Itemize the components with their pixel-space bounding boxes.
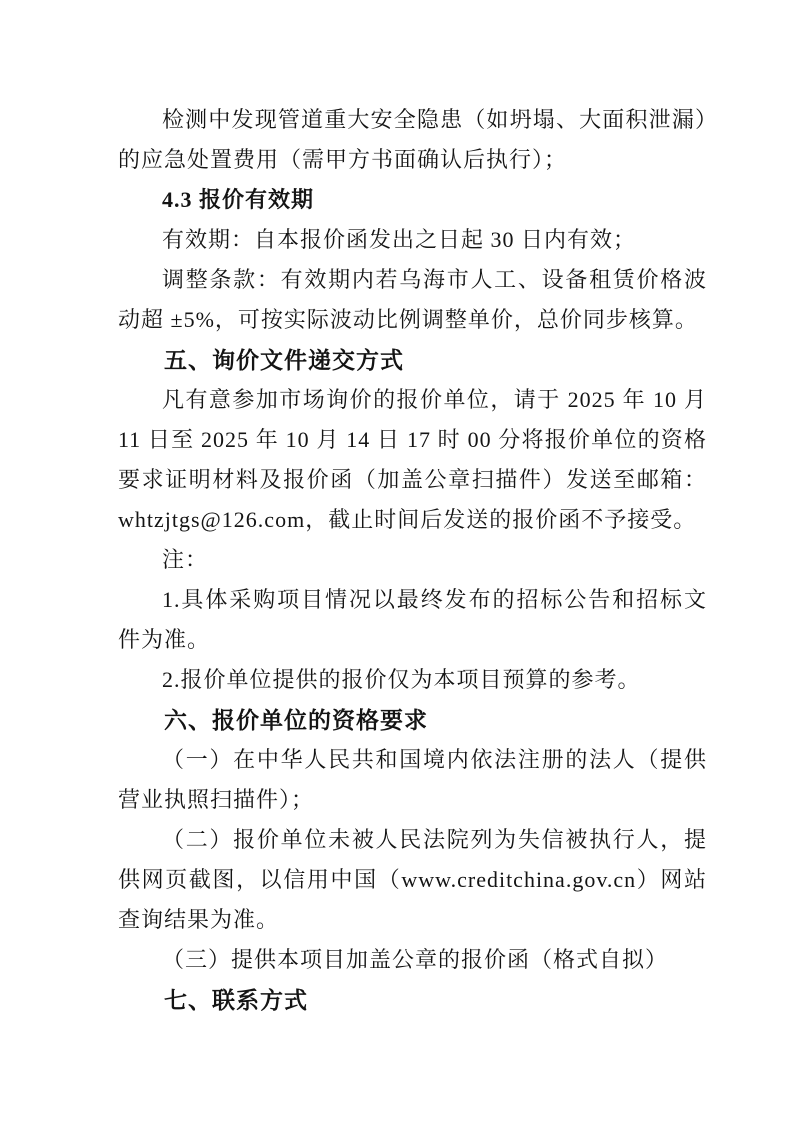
para-submission-instructions: 凡有意参加市场询价的报价单位，请于 2025 年 10 月 11 日至 2025… [118,380,707,540]
heading-section-5-submission: 五、询价文件递交方式 [118,340,707,380]
para-note-1: 1.具体采购项目情况以最终发布的招标公告和招标文件为准。 [118,580,707,660]
para-qualification-3: （三）提供本项目加盖公章的报价函（格式自拟） [118,940,707,980]
para-note-label: 注： [118,540,707,580]
heading-section-6-qualification: 六、报价单位的资格要求 [118,700,707,740]
para-adjustment-clause: 调整条款：有效期内若乌海市人工、设备租赁价格波动超 ±5%，可按实际波动比例调整… [118,260,707,340]
para-qualification-1: （一）在中华人民共和国境内依法注册的法人（提供营业执照扫描件）； [118,740,707,820]
document-page: 检测中发现管道重大安全隐患（如坍塌、大面积泄漏）的应急处置费用（需甲方书面确认后… [0,0,793,1122]
para-emergency-cost: 检测中发现管道重大安全隐患（如坍塌、大面积泄漏）的应急处置费用（需甲方书面确认后… [118,100,707,180]
para-qualification-2: （二）报价单位未被人民法院列为失信被执行人，提供网页截图，以信用中国（www.c… [118,820,707,940]
heading-section-7-contact: 七、联系方式 [118,980,707,1020]
heading-4-3-quote-validity: 4.3 报价有效期 [118,180,707,220]
para-note-2: 2.报价单位提供的报价仅为本项目预算的参考。 [118,660,707,700]
para-validity-period: 有效期：自本报价函发出之日起 30 日内有效； [118,220,707,260]
